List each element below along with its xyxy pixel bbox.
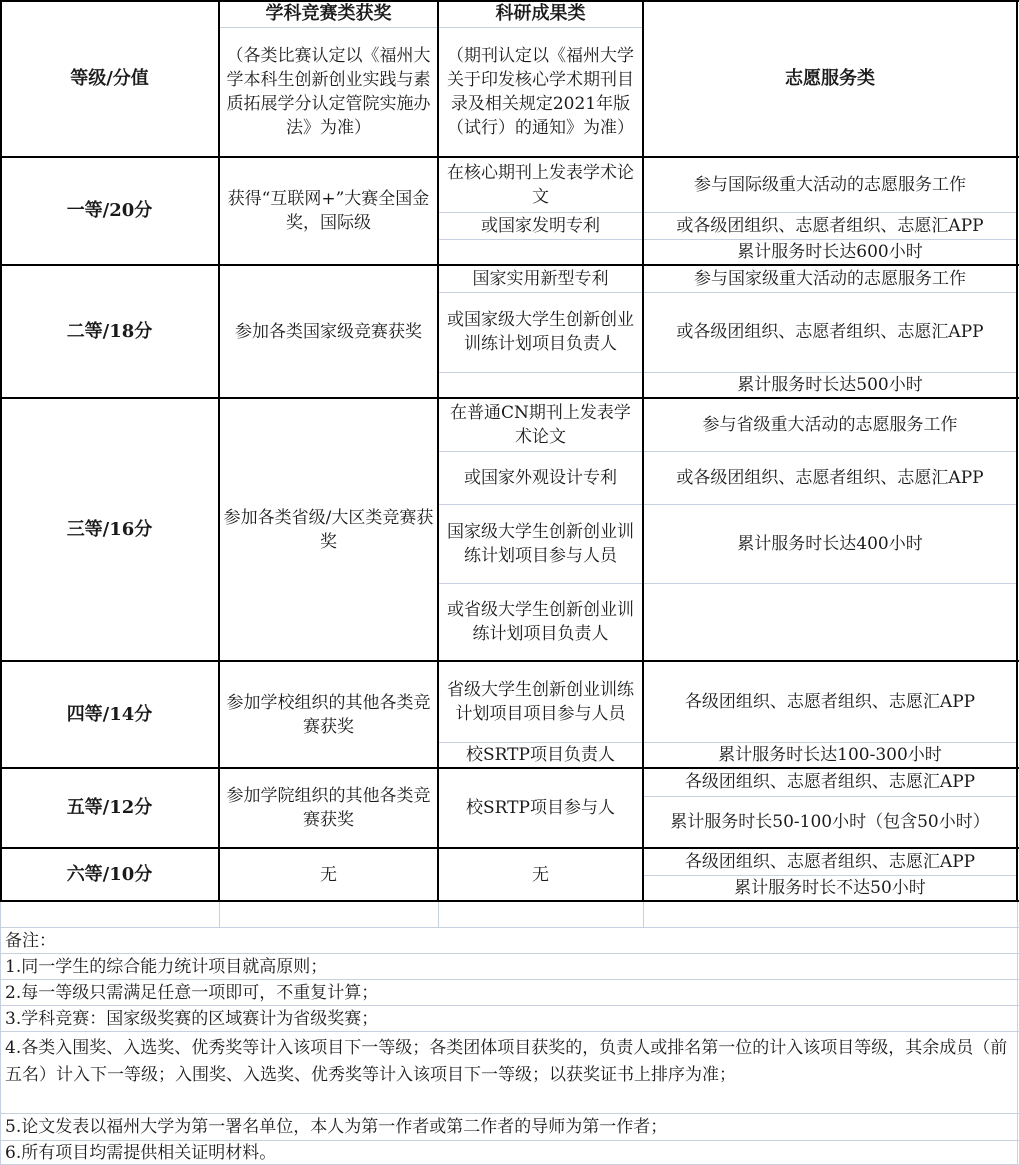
volunteer-cell: 累计服务时长50-100小时（包含50小时）: [643, 796, 1017, 848]
table-border: [0, 660, 1019, 662]
gridline: [438, 504, 1017, 505]
research-cell: 或国家级大学生创新创业训练计划项目负责人: [438, 292, 643, 372]
note-item: 1.同一学生的综合能力统计项目就高原则；: [0, 954, 1017, 979]
competition-cell: 参加各类省级/大区类竞赛获奖: [219, 398, 438, 661]
table-border: [437, 0, 439, 902]
research-cell: [438, 372, 643, 398]
competition-cell: 参加学院组织的其他各类竞赛获奖: [219, 768, 438, 848]
gridline: [438, 239, 1017, 240]
header-grade: 等级/分值: [0, 0, 219, 157]
table-border: [218, 0, 220, 902]
gridline: [438, 372, 1017, 373]
gridline: [219, 27, 643, 28]
gridline: [438, 742, 1017, 743]
table-border: [0, 0, 2, 902]
gridline: [438, 902, 439, 927]
header-volunteer: 志愿服务类: [643, 0, 1017, 157]
volunteer-cell: 参与国际级重大活动的志愿服务工作: [643, 157, 1017, 212]
note-item: 3.学科竞赛：国家级奖赛的区域赛计为省级奖赛；: [0, 1006, 1017, 1031]
research-cell: 国家级大学生创新创业训练计划项目参与人员: [438, 504, 643, 583]
table-border: [0, 264, 1019, 266]
table-border: [0, 156, 1019, 158]
note-item: 5.论文发表以福州大学为第一署名单位，本人为第一作者或第二作者的导师为第一作者；: [0, 1114, 1017, 1140]
research-cell: 在普通CN期刊上发表学术论文: [438, 398, 643, 451]
gridline: [438, 451, 1017, 452]
research-cell: 在核心期刊上发表学术论文: [438, 157, 643, 212]
research-cell: 国家实用新型专利: [438, 265, 643, 292]
note-item: 4.各类入围奖、入选奖、优秀奖等计入该项目下一等级；各类团体项目获奖的，负责人或…: [0, 1033, 1017, 1113]
volunteer-cell: 参与省级重大活动的志愿服务工作: [643, 398, 1017, 451]
volunteer-cell: 累计服务时长达500小时: [643, 372, 1017, 398]
volunteer-cell: 累计服务时长达600小时: [643, 239, 1017, 265]
table-border: [0, 767, 1019, 769]
header-competition-title: 学科竞赛类获奖: [219, 0, 438, 27]
notes-title: 备注：: [0, 928, 1017, 953]
header-research-title: 科研成果类: [438, 0, 643, 27]
volunteer-cell: 累计服务时长不达50小时: [643, 875, 1017, 901]
volunteer-cell: 累计服务时长达100-300小时: [643, 742, 1017, 768]
table-border: [642, 0, 644, 902]
volunteer-cell: 或各级团组织、志愿者组织、志愿汇APP: [643, 292, 1017, 372]
table-border: [1016, 0, 1018, 902]
research-cell: 或省级大学生创新创业训练计划项目负责人: [438, 583, 643, 661]
gridline: [643, 902, 644, 927]
competition-cell: 获得“互联网+”大赛全国金奖，国际级: [219, 157, 438, 265]
research-cell: 或国家外观设计专利: [438, 451, 643, 504]
grade-cell: 六等/10分: [0, 848, 219, 901]
table-border: [0, 900, 1019, 902]
gridline: [643, 875, 1017, 876]
note-item: 2.每一等级只需满足任意一项即可，不重复计算；: [0, 980, 1017, 1005]
table-border: [0, 397, 1019, 399]
competition-cell: 无: [219, 848, 438, 901]
volunteer-cell: [643, 583, 1017, 661]
volunteer-cell: 参与国家级重大活动的志愿服务工作: [643, 265, 1017, 292]
volunteer-cell: 各级团组织、志愿者组织、志愿汇APP: [643, 661, 1017, 742]
gridline: [438, 292, 1017, 293]
research-cell: 校SRTP项目参与人: [438, 768, 643, 848]
research-cell: 校SRTP项目负责人: [438, 742, 643, 768]
gridline: [219, 902, 220, 927]
grade-cell: 五等/12分: [0, 768, 219, 848]
header-research-note: （期刊认定以《福州大学关于印发核心学术期刊目录及相关规定2021年版（试行）的通…: [438, 27, 643, 157]
research-cell: 无: [438, 848, 643, 901]
volunteer-cell: 累计服务时长达400小时: [643, 504, 1017, 583]
research-cell: [438, 239, 643, 265]
gridline: [643, 796, 1017, 797]
gridline: [0, 1031, 1019, 1032]
grade-cell: 二等/18分: [0, 265, 219, 398]
volunteer-cell: 各级团组织、志愿者组织、志愿汇APP: [643, 768, 1017, 796]
gridline: [1017, 902, 1018, 1165]
volunteer-cell: 或各级团组织、志愿者组织、志愿汇APP: [643, 451, 1017, 504]
header-competition-note: （各类比赛认定以《福州大学本科生创新创业实践与素质拓展学分认定管院实施办法》为准…: [219, 27, 438, 157]
note-item: 6.所有项目均需提供相关证明材料。: [0, 1141, 1017, 1164]
research-cell: 或国家发明专利: [438, 212, 643, 239]
grade-cell: 三等/16分: [0, 398, 219, 661]
table-border: [0, 0, 1019, 2]
gridline: [438, 583, 1017, 584]
volunteer-cell: 或各级团组织、志愿者组织、志愿汇APP: [643, 212, 1017, 239]
research-cell: 省级大学生创新创业训练计划项目项目参与人员: [438, 661, 643, 742]
volunteer-cell: 各级团组织、志愿者组织、志愿汇APP: [643, 848, 1017, 875]
grade-cell: 四等/14分: [0, 661, 219, 768]
table-border: [0, 847, 1019, 849]
grade-cell: 一等/20分: [0, 157, 219, 265]
competition-cell: 参加各类国家级竞赛获奖: [219, 265, 438, 398]
score-table-sheet: 等级/分值 学科竞赛类获奖 （各类比赛认定以《福州大学本科生创新创业实践与素质拓…: [0, 0, 1019, 1165]
gridline: [438, 212, 1017, 213]
competition-cell: 参加学校组织的其他各类竞赛获奖: [219, 661, 438, 768]
